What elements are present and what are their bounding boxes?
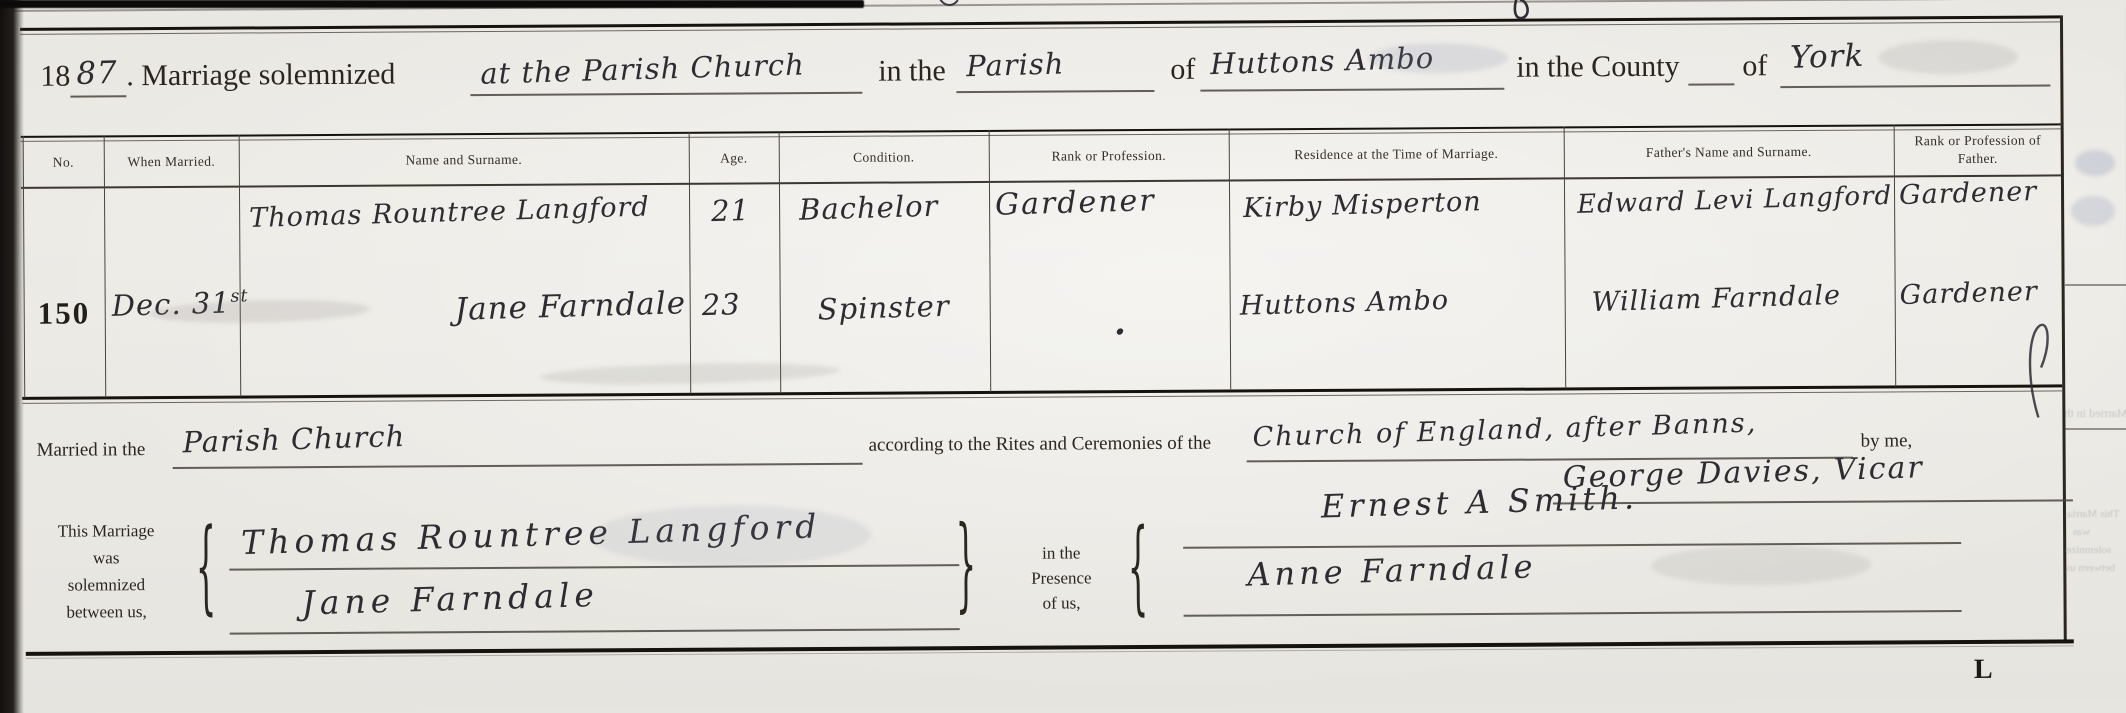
entry-number: 150 — [38, 295, 91, 331]
heading-marriage-solemnized: . Marriage solemnized — [126, 58, 395, 94]
col-header-condition: Condition. — [779, 149, 989, 166]
pen-flourish-small-icon — [934, 0, 960, 10]
heading-in-the: in the — [878, 54, 946, 88]
fill-county: York — [1790, 38, 1865, 76]
ghost-streak-4 — [591, 505, 871, 567]
previous-page-edge — [0, 0, 864, 8]
bride-signature-underline — [230, 628, 960, 634]
ghost-streak-5 — [1651, 545, 1871, 586]
bride-residence: Huttons Ambo — [1239, 285, 1449, 322]
pen-flourish-signature-icon — [2022, 321, 2057, 417]
married-in-underline — [173, 463, 863, 469]
groom-age: 21 — [711, 193, 751, 228]
bride-condition: Spinster — [817, 289, 950, 327]
margin-bleed-married-in: Married in the — [2065, 406, 2126, 421]
witness-2-underline — [1184, 610, 1962, 616]
groom-signature-underline — [229, 564, 959, 570]
rites-fill: Church of England, after Banns, — [1252, 408, 1757, 454]
witness-open-brace: { — [1128, 517, 1149, 619]
margin-rule-stub-1 — [2065, 284, 2126, 286]
married-in-label: Married in the — [37, 439, 146, 462]
parish-name-underline — [1200, 88, 1504, 91]
divider-col-3 — [689, 132, 692, 394]
ghost-streak-2 — [540, 360, 840, 387]
divider-col-7 — [1564, 126, 1567, 388]
register-sheet: 18 87 . Marriage solemnized at the Paris… — [0, 0, 2126, 713]
heading-in-county: in the County — [1516, 50, 1680, 85]
attestation-left-line-3: solemnized — [25, 575, 187, 596]
bride-age: 23 — [701, 287, 741, 322]
year-underline — [70, 95, 126, 97]
col-header-residence: Residence at the Time of Marriage. — [1229, 145, 1564, 163]
attestation-left-line-1: This Marriage — [25, 521, 187, 542]
col-header-rank-profession: Rank or Profession. — [989, 147, 1229, 164]
parish-word-underline — [956, 90, 1154, 93]
groom-father-profession: Gardener — [1899, 176, 2038, 211]
fill-parish-word: Parish — [966, 46, 1065, 83]
presence-line-3: of us, — [1006, 593, 1116, 614]
book-spine-edge — [0, 0, 24, 713]
margin-rule-stub-2 — [2065, 428, 2126, 430]
col-header-father-rank: Rank or Profession of Father. — [1898, 131, 2058, 167]
heading-of-1: of — [1170, 53, 1195, 87]
col-header-no: No. — [23, 154, 104, 170]
place-underline — [470, 92, 862, 96]
attestation-left-line-2: was — [25, 548, 187, 569]
couple-close-brace: } — [956, 514, 977, 616]
pen-flourish-top-icon — [1496, 0, 1540, 25]
divider-col-1 — [104, 135, 107, 397]
attestation-left-line-4: between us, — [26, 602, 188, 623]
bride-father-name: William Farndale — [1591, 280, 1841, 318]
rites-label: according to the Rites and Ceremonies of… — [868, 433, 1211, 457]
margin-bleed-solemnized: solemnized — [2065, 544, 2111, 556]
margin-blue-mark-2 — [2071, 196, 2115, 226]
divider-col-8 — [1894, 124, 1897, 386]
margin-bleed-was: was — [2073, 526, 2090, 538]
witness-1-underline — [1183, 542, 1961, 548]
margin-bleed-this-marriage: This Marriage — [2065, 508, 2120, 520]
groom-residence: Kirby Misperton — [1243, 186, 1482, 224]
bride-father-profession: Gardener — [1899, 276, 2038, 311]
divider-col-6 — [1229, 128, 1232, 390]
by-me-label: by me, — [1860, 430, 1912, 452]
divider-col-2 — [239, 135, 242, 397]
bride-profession: . — [1113, 303, 1127, 343]
divider-col-4 — [779, 131, 782, 393]
bride-name: Jane Farndale — [454, 285, 686, 328]
ghost-streak-3 — [1368, 43, 1508, 74]
right-margin-strip: Married in the This Marriage was solemni… — [2065, 0, 2126, 713]
county-label-underline — [1688, 83, 1734, 85]
groom-father-name: Edward Levi Langford — [1577, 181, 1893, 220]
groom-profession: Gardener — [995, 183, 1157, 223]
couple-open-brace: { — [196, 517, 217, 619]
witness-1-signature: Ernest A Smith. — [1320, 478, 1638, 525]
year-printed: 18 — [40, 60, 70, 94]
ghost-streak-6 — [1878, 40, 2018, 75]
scanned-marriage-register-page: 18 87 . Marriage solemnized at the Paris… — [0, 0, 2126, 713]
county-underline — [1780, 84, 2050, 87]
groom-condition: Bachelor — [799, 189, 939, 227]
col-header-age: Age. — [689, 150, 779, 167]
year-written: 87 — [76, 55, 118, 92]
heading-of-2: of — [1742, 49, 1767, 83]
bride-signature: Jane Farndale — [301, 575, 599, 623]
col-header-when-married: When Married. — [104, 154, 239, 171]
divider-col-5 — [989, 130, 992, 392]
margin-bleed-between-us: between us, — [2065, 562, 2115, 574]
married-in-fill: Parish Church — [182, 419, 406, 459]
presence-line-2: Presence — [1006, 568, 1116, 589]
witness-2-signature: Anne Farndale — [1247, 547, 1537, 593]
fill-place: at the Parish Church — [480, 47, 805, 90]
presence-line-1: in the — [1006, 543, 1116, 564]
col-header-father-name: Father's Name and Surname. — [1564, 143, 1894, 161]
col-header-name-surname: Name and Surname. — [239, 151, 689, 170]
groom-name: Thomas Rountree Langford — [249, 191, 650, 234]
page-signature-mark: L — [1974, 654, 1993, 686]
margin-blue-mark-1 — [2075, 150, 2115, 176]
